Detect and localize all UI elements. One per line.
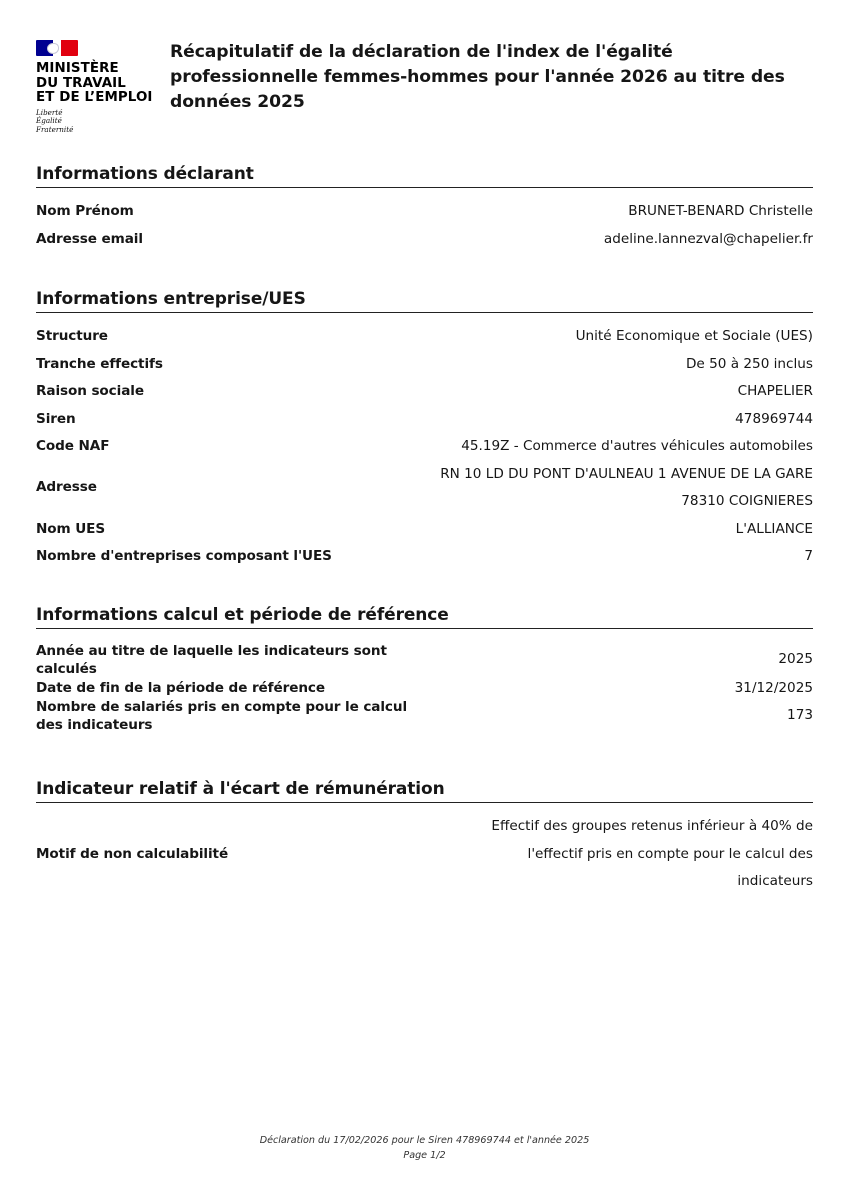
field-label: Motif de non calculabilité <box>36 845 228 863</box>
field-label: Nombre d'entreprises composant l'UES <box>36 543 332 571</box>
document-title: Récapitulatif de la déclaration de l'ind… <box>170 40 810 115</box>
field-label: Tranche effectifs <box>36 351 163 379</box>
field-row: Nombre de salariés pris en compte pour l… <box>36 697 813 735</box>
republic-motto: Liberté Égalité Fraternité <box>36 109 166 135</box>
field-label: Code NAF <box>36 433 109 461</box>
field-label: Date de fin de la période de référence <box>36 679 416 697</box>
page-number: Page 1/2 <box>0 1148 849 1163</box>
field-value: Effectif des groupes retenus inférieur à… <box>453 813 813 896</box>
field-row: Tranche effectifs De 50 à 250 inclus <box>36 351 813 379</box>
field-label: Adresse email <box>36 226 143 254</box>
field-value: CHAPELIER <box>738 378 813 406</box>
field-label: Nom UES <box>36 516 105 544</box>
field-label: Année au titre de laquelle les indicateu… <box>36 642 416 678</box>
field-value: 45.19Z - Commerce d'autres véhicules aut… <box>461 433 813 461</box>
field-value: 31/12/2025 <box>735 679 813 697</box>
field-value: Unité Economique et Sociale (UES) <box>576 323 813 351</box>
ministry-line: ET DE L’EMPLOI <box>36 91 166 106</box>
field-row: Adresse RN 10 LD DU PONT D'AULNEAU 1 AVE… <box>36 461 813 516</box>
field-label: Adresse <box>36 474 97 502</box>
field-value: RN 10 LD DU PONT D'AULNEAU 1 AVENUE DE L… <box>433 461 813 516</box>
field-value: BRUNET-BENARD Christelle <box>628 198 813 226</box>
field-row: Nom UES L'ALLIANCE <box>36 516 813 544</box>
motto-line: Fraternité <box>36 126 166 135</box>
field-value: De 50 à 250 inclus <box>686 351 813 379</box>
field-value: 2025 <box>778 646 813 674</box>
section-entreprise: Informations entreprise/UES Structure Un… <box>36 289 813 571</box>
section-title: Indicateur relatif à l'écart de rémunéra… <box>36 779 813 803</box>
field-row: Date de fin de la période de référence 3… <box>36 679 813 697</box>
field-value: 173 <box>787 702 813 730</box>
field-row: Nom Prénom BRUNET-BENARD Christelle <box>36 198 813 226</box>
footer-declaration: Déclaration du 17/02/2026 pour le Siren … <box>0 1133 849 1148</box>
marianne-flag-icon <box>36 40 78 56</box>
page-footer: Déclaration du 17/02/2026 pour le Siren … <box>0 1133 849 1163</box>
field-label: Nom Prénom <box>36 198 134 226</box>
field-label: Raison sociale <box>36 378 144 406</box>
field-row: Code NAF 45.19Z - Commerce d'autres véhi… <box>36 433 813 461</box>
field-row: Structure Unité Economique et Sociale (U… <box>36 323 813 351</box>
section-declarant: Informations déclarant Nom Prénom BRUNET… <box>36 164 813 253</box>
field-label: Structure <box>36 323 108 351</box>
ministry-logo: MINISTÈRE DU TRAVAIL ET DE L’EMPLOI Libe… <box>36 40 166 134</box>
field-value: L'ALLIANCE <box>736 516 813 544</box>
field-row: Nombre d'entreprises composant l'UES 7 <box>36 543 813 571</box>
section-title: Informations calcul et période de référe… <box>36 605 813 629</box>
section-title: Informations entreprise/UES <box>36 289 813 313</box>
section-title: Informations déclarant <box>36 164 813 188</box>
field-value: 478969744 <box>735 406 813 434</box>
ministry-line: DU TRAVAIL <box>36 77 166 92</box>
section-remuneration: Indicateur relatif à l'écart de rémunéra… <box>36 779 813 896</box>
field-label: Nombre de salariés pris en compte pour l… <box>36 698 416 734</box>
ministry-name: MINISTÈRE DU TRAVAIL ET DE L’EMPLOI <box>36 62 166 106</box>
field-row: Siren 478969744 <box>36 406 813 434</box>
field-value: adeline.lannezval@chapelier.fr <box>604 226 813 254</box>
ministry-line: MINISTÈRE <box>36 62 166 77</box>
field-value: 7 <box>804 543 813 571</box>
field-row: Raison sociale CHAPELIER <box>36 378 813 406</box>
field-row: Année au titre de laquelle les indicateu… <box>36 641 813 679</box>
section-calcul: Informations calcul et période de référe… <box>36 605 813 735</box>
field-row: Adresse email adeline.lannezval@chapelie… <box>36 226 813 254</box>
field-label: Siren <box>36 406 76 434</box>
field-row: Motif de non calculabilité Effectif des … <box>36 813 813 896</box>
